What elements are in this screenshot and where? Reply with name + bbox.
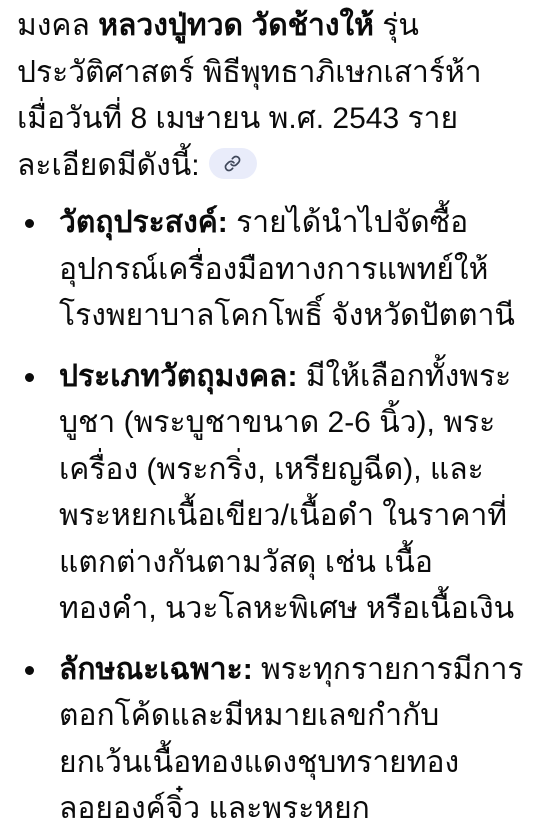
bullet-line: ประเภทวัตถุมงคล: มีให้เลือกทั้งพระ (59, 354, 528, 401)
bullet-line: บูชา (พระบูชาขนาด 2-6 นิ้ว), พระ (59, 400, 528, 447)
paragraph-line: มงคล หลวงปู่ทวด วัดช้างให้ รุ่น (17, 3, 528, 50)
bullet-content: ลักษณะเฉพาะ: พระทุกรายการมีการ ตอกโค้ดแล… (59, 647, 528, 825)
bullet-text: พระทุกรายการมีการ (253, 653, 524, 686)
link-icon (224, 155, 241, 172)
bullet-label: ประเภทวัตถุมงคล: (59, 360, 297, 393)
paragraph-line: ประวัติศาสตร์ พิธีพุทธาภิเษกเสาร์ห้า (17, 50, 528, 97)
list-item: วัตถุประสงค์: รายได้นำไปจัดซื้อ อุปกรณ์เ… (17, 200, 528, 340)
bullet-line: ลอยองค์จิ๋ว และพระหยก (59, 786, 528, 825)
bullet-marker-column (17, 647, 59, 825)
bullet-line: ยกเว้นเนื้อทองแดงชุบทรายทอง (59, 740, 528, 787)
intro-text: มงคล (17, 9, 98, 42)
bullet-content: วัตถุประสงค์: รายได้นำไปจัดซื้อ อุปกรณ์เ… (59, 200, 528, 340)
bullet-list: วัตถุประสงค์: รายได้นำไปจัดซื้อ อุปกรณ์เ… (17, 200, 528, 825)
bullet-line: พระหยกเนื้อเขียว/เนื้อดำ ในราคาที่ (59, 493, 528, 540)
bullet-dot (25, 666, 34, 675)
bullet-line: แตกต่างกันตามวัสดุ เช่น เนื้อ (59, 540, 528, 587)
bullet-line: โรงพยาบาลโคกโพธิ์ จังหวัดปัตตานี (59, 293, 528, 340)
bullet-line: ลักษณะเฉพาะ: พระทุกรายการมีการ (59, 647, 528, 694)
bullet-text: มีให้เลือกทั้งพระ (297, 360, 511, 393)
bold-text: หลวงปู่ทวด วัดช้างให้ (98, 9, 374, 42)
bullet-content: ประเภทวัตถุมงคล: มีให้เลือกทั้งพระ บูชา … (59, 354, 528, 633)
bullet-dot (25, 373, 34, 382)
message-content: มงคล หลวงปู่ทวด วัดช้างให้ รุ่น ประวัติศ… (0, 0, 538, 825)
list-item: ประเภทวัตถุมงคล: มีให้เลือกทั้งพระ บูชา … (17, 354, 528, 633)
bullet-line: อุปกรณ์เครื่องมือทางการแพทย์ให้ (59, 247, 528, 294)
intro-paragraph: มงคล หลวงปู่ทวด วัดช้างให้ รุ่น ประวัติศ… (17, 3, 528, 189)
bullet-line: วัตถุประสงค์: รายได้นำไปจัดซื้อ (59, 200, 528, 247)
bullet-label: วัตถุประสงค์: (59, 206, 228, 239)
list-item: ลักษณะเฉพาะ: พระทุกรายการมีการ ตอกโค้ดแล… (17, 647, 528, 825)
bullet-line: ตอกโค้ดและมีหมายเลขกำกับ (59, 693, 528, 740)
citation-chip[interactable] (209, 148, 257, 179)
bullet-marker-column (17, 200, 59, 340)
bullet-text: รายได้นำไปจัดซื้อ (228, 206, 468, 239)
intro-text: ละเอียดมีดังนี้: (17, 149, 200, 182)
bullet-label: ลักษณะเฉพาะ: (59, 653, 253, 686)
bullet-marker-column (17, 354, 59, 633)
paragraph-line: เมื่อวันที่ 8 เมษายน พ.ศ. 2543 ราย (17, 96, 528, 143)
intro-text: รุ่น (374, 9, 419, 42)
bullet-line: ทองคำ, นวะโลหะพิเศษ หรือเนื้อเงิน (59, 586, 528, 633)
bullet-dot (25, 219, 34, 228)
paragraph-line: ละเอียดมีดังนี้: (17, 143, 528, 190)
bullet-line: เครื่อง (พระกริ่ง, เหรียญฉีด), และ (59, 447, 528, 494)
